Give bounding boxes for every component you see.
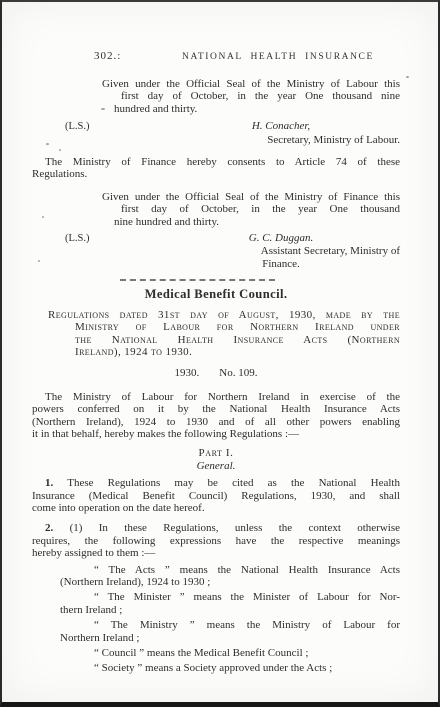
seal-clause-line: first day of October, in the year One th… [121, 203, 400, 215]
regulation-line: 2. (1) In these Regulations, unless the … [32, 522, 400, 534]
consent-line: The Ministry of Finance hereby consents … [32, 156, 400, 168]
regulation-line: 1. These Regulations may be cited as the… [32, 477, 400, 489]
instrument-number: 1930.No. 109. [32, 367, 400, 379]
definition-council: “ Council ” means the Medical Benefit Co… [32, 647, 400, 659]
instrument-no: No. 109. [219, 367, 257, 379]
scanned-page: 302.: NATIONAL HEALTH INSURANCE Given un… [0, 0, 440, 707]
regulation-2: 2. (1) In these Regulations, unless the … [32, 522, 400, 559]
preamble-line: powers conferred on it by the National H… [32, 403, 400, 415]
definition-line: “ The Minister ” means the Minister of L… [94, 591, 400, 603]
seal-mark: (L.S.) [65, 121, 90, 133]
definition-ministry: “ The Ministry ” means the Ministry of L… [32, 619, 400, 644]
regulations-caption: Regulations dated 31st day of August, 19… [32, 309, 400, 359]
definition-line: “ Society ” means a Society approved und… [94, 662, 400, 674]
signatory-title-line: Finance. [162, 258, 400, 270]
preamble-line: (Northern Ireland), 1924 to 1930 and of … [32, 416, 400, 428]
regulation-text: (1) In these Regulations, unless the con… [53, 522, 400, 534]
seal-clause-line: first day of October, in the year One th… [121, 90, 400, 102]
part-subheading: General. [32, 460, 400, 472]
preamble-paragraph: The Ministry of Labour for Northern Irel… [32, 391, 400, 441]
definition-line: “ The Ministry ” means the Ministry of L… [94, 619, 400, 631]
definition-line: “ The Acts ” means the National Health I… [94, 564, 400, 576]
caption-line: Ministry of Labour for Northern Ireland … [75, 321, 400, 333]
signature-row-finance: (L.S.) G. C. Duggan. [32, 232, 400, 245]
seal-clause-line: hundred and thirty. [114, 103, 400, 115]
caption-line: Ireland), 1924 to 1930. [75, 346, 400, 358]
regulation-line: come into operation on the date hereof. [32, 502, 400, 514]
regulation-1: 1. These Regulations may be cited as the… [32, 477, 400, 514]
seal-clause-labour: Given under the Official Seal of the Min… [32, 78, 400, 115]
consent-paragraph: The Ministry of Finance hereby consents … [32, 156, 400, 181]
definition-line: “ Council ” means the Medical Benefit Co… [94, 647, 400, 659]
page-content: 302.: NATIONAL HEALTH INSURANCE Given un… [2, 50, 438, 675]
caption-line: the National Health Insurance Acts (Nort… [75, 334, 400, 346]
signatory-name: G. C. Duggan. [162, 232, 400, 244]
seal-clause-line: nine hundred and thirty. [114, 216, 400, 228]
seal-mark: (L.S.) [65, 233, 90, 245]
signatory-title: Secretary, Ministry of Labour. [32, 134, 400, 146]
regulation-line: hereby assigned to them :— [32, 547, 400, 559]
regulation-line: requires, the following expressions have… [32, 535, 400, 547]
definition-line: (Northern Ireland), 1924 to 1930 ; [60, 576, 400, 588]
preamble-line: The Ministry of Labour for Northern Irel… [32, 391, 400, 403]
seal-clause-line: Given under the Official Seal of the Min… [102, 191, 400, 203]
regulation-text: These Regulations may be cited as the Na… [53, 477, 400, 489]
consent-line: Regulations. [32, 168, 400, 180]
page-header: 302.: NATIONAL HEALTH INSURANCE [32, 50, 400, 63]
definition-line: thern Ireland ; [60, 604, 400, 616]
regulation-line: Insurance (Medical Benefit Council) Regu… [32, 490, 400, 502]
signatory-name: H. Conacher, [162, 120, 400, 132]
page-number: 302.: [94, 50, 121, 62]
signatory-title-line: Assistant Secretary, Ministry of [162, 245, 400, 257]
part-heading: Part I. [32, 447, 400, 459]
seal-clause-finance: Given under the Official Seal of the Min… [32, 191, 400, 228]
definition-minister: “ The Minister ” means the Minister of L… [32, 591, 400, 616]
caption-line: Regulations dated 31st day of August, 19… [48, 309, 400, 321]
definition-acts: “ The Acts ” means the National Health I… [32, 564, 400, 589]
signatory-title-block: Assistant Secretary, Ministry of Finance… [162, 245, 400, 270]
section-heading: Medical Benefit Council. [32, 288, 400, 300]
regulation-number: 2. [45, 522, 53, 534]
section-separator [120, 279, 275, 281]
running-title: NATIONAL HEALTH INSURANCE [182, 51, 374, 63]
definition-line: Northern Ireland ; [60, 632, 400, 644]
regulation-number: 1. [45, 477, 53, 489]
seal-clause-line: Given under the Official Seal of the Min… [102, 78, 400, 90]
preamble-line: it in that behalf, hereby makes the foll… [32, 428, 400, 440]
definition-society: “ Society ” means a Society approved und… [32, 662, 400, 674]
signature-row-labour: (L.S.) H. Conacher, [32, 120, 400, 133]
instrument-year: 1930. [175, 367, 200, 379]
